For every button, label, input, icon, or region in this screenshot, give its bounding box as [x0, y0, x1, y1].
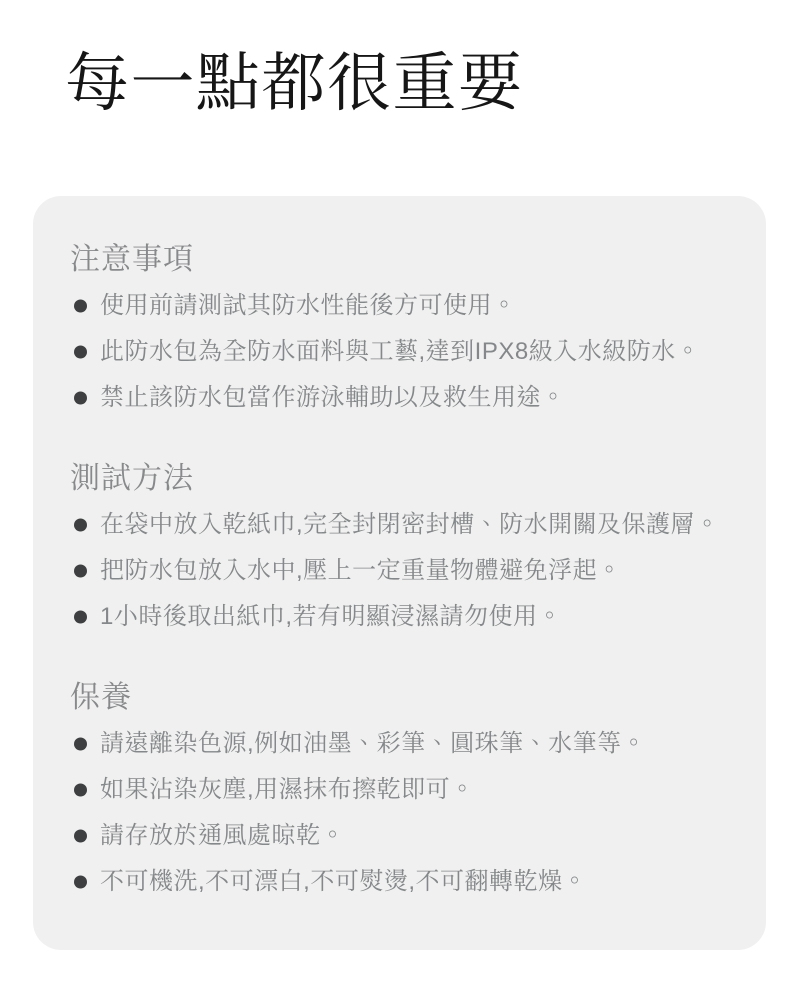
list-item-text: 在袋中放入乾紙巾,完全封閉密封槽、防水開關及保護層。 [100, 511, 720, 538]
bullet-dot-icon [74, 565, 87, 578]
list-item: 不可機洗,不可漂白,不可熨燙,不可翻轉乾燥。 [70, 859, 746, 905]
bullet-list-test-method: 在袋中放入乾紙巾,完全封閉密封槽、防水開關及保護層。 把防水包放入水中,壓上一定… [70, 502, 746, 640]
bullet-dot-icon [74, 876, 87, 889]
list-item-text: 不可機洗,不可漂白,不可熨燙,不可翻轉乾燥。 [100, 868, 587, 895]
bullet-dot-icon [74, 784, 87, 797]
list-item-text: 使用前請測試其防水性能後方可使用。 [100, 292, 517, 319]
list-item: 請存放於通風處晾乾。 [70, 813, 746, 859]
list-item: 使用前請測試其防水性能後方可使用。 [70, 283, 746, 329]
list-item: 如果沾染灰塵,用濕抹布擦乾即可。 [70, 767, 746, 813]
list-item: 1小時後取出紙巾,若有明顯浸濕請勿使用。 [70, 594, 746, 640]
section-test-method: 測試方法 在袋中放入乾紙巾,完全封閉密封槽、防水開關及保護層。 把防水包放入水中… [70, 456, 746, 640]
section-precautions: 注意事項 使用前請測試其防水性能後方可使用。 此防水包為全防水面料與工藝,達到I… [70, 237, 746, 421]
list-item-text: 請遠離染色源,例如油墨、彩筆、圓珠筆、水筆等。 [100, 730, 646, 757]
section-heading-maintenance: 保養 [70, 675, 746, 721]
bullet-dot-icon [74, 738, 87, 751]
bullet-dot-icon [74, 519, 87, 532]
list-item: 請遠離染色源,例如油墨、彩筆、圓珠筆、水筆等。 [70, 721, 746, 767]
info-card: 注意事項 使用前請測試其防水性能後方可使用。 此防水包為全防水面料與工藝,達到I… [33, 196, 766, 950]
section-maintenance: 保養 請遠離染色源,例如油墨、彩筆、圓珠筆、水筆等。 如果沾染灰塵,用濕抹布擦乾… [70, 675, 746, 905]
list-item-text: 把防水包放入水中,壓上一定重量物體避免浮起。 [100, 557, 622, 584]
list-item: 在袋中放入乾紙巾,完全封閉密封槽、防水開關及保護層。 [70, 502, 746, 548]
bullet-list-precautions: 使用前請測試其防水性能後方可使用。 此防水包為全防水面料與工藝,達到IPX8級入… [70, 283, 746, 421]
section-heading-test-method: 測試方法 [70, 456, 746, 502]
bullet-dot-icon [74, 346, 87, 359]
section-heading-precautions: 注意事項 [70, 237, 746, 283]
bullet-list-maintenance: 請遠離染色源,例如油墨、彩筆、圓珠筆、水筆等。 如果沾染灰塵,用濕抹布擦乾即可。… [70, 721, 746, 905]
list-item-text: 禁止該防水包當作游泳輔助以及救生用途。 [100, 384, 566, 411]
list-item-text: 如果沾染灰塵,用濕抹布擦乾即可。 [100, 776, 475, 803]
list-item-text: 請存放於通風處晾乾。 [100, 822, 345, 849]
list-item-text: 1小時後取出紙巾,若有明顯浸濕請勿使用。 [100, 603, 562, 630]
bullet-dot-icon [74, 830, 87, 843]
bullet-dot-icon [74, 611, 87, 624]
list-item: 此防水包為全防水面料與工藝,達到IPX8級入水級防水。 [70, 329, 746, 375]
bullet-dot-icon [74, 300, 87, 313]
list-item-text: 此防水包為全防水面料與工藝,達到IPX8級入水級防水。 [100, 338, 700, 365]
list-item: 把防水包放入水中,壓上一定重量物體避免浮起。 [70, 548, 746, 594]
bullet-dot-icon [74, 392, 87, 405]
page-title: 每一點都很重要 [65, 48, 524, 118]
list-item: 禁止該防水包當作游泳輔助以及救生用途。 [70, 375, 746, 421]
product-info-page: 每一點都很重要 注意事項 使用前請測試其防水性能後方可使用。 此防水包為全防水面… [0, 0, 790, 986]
